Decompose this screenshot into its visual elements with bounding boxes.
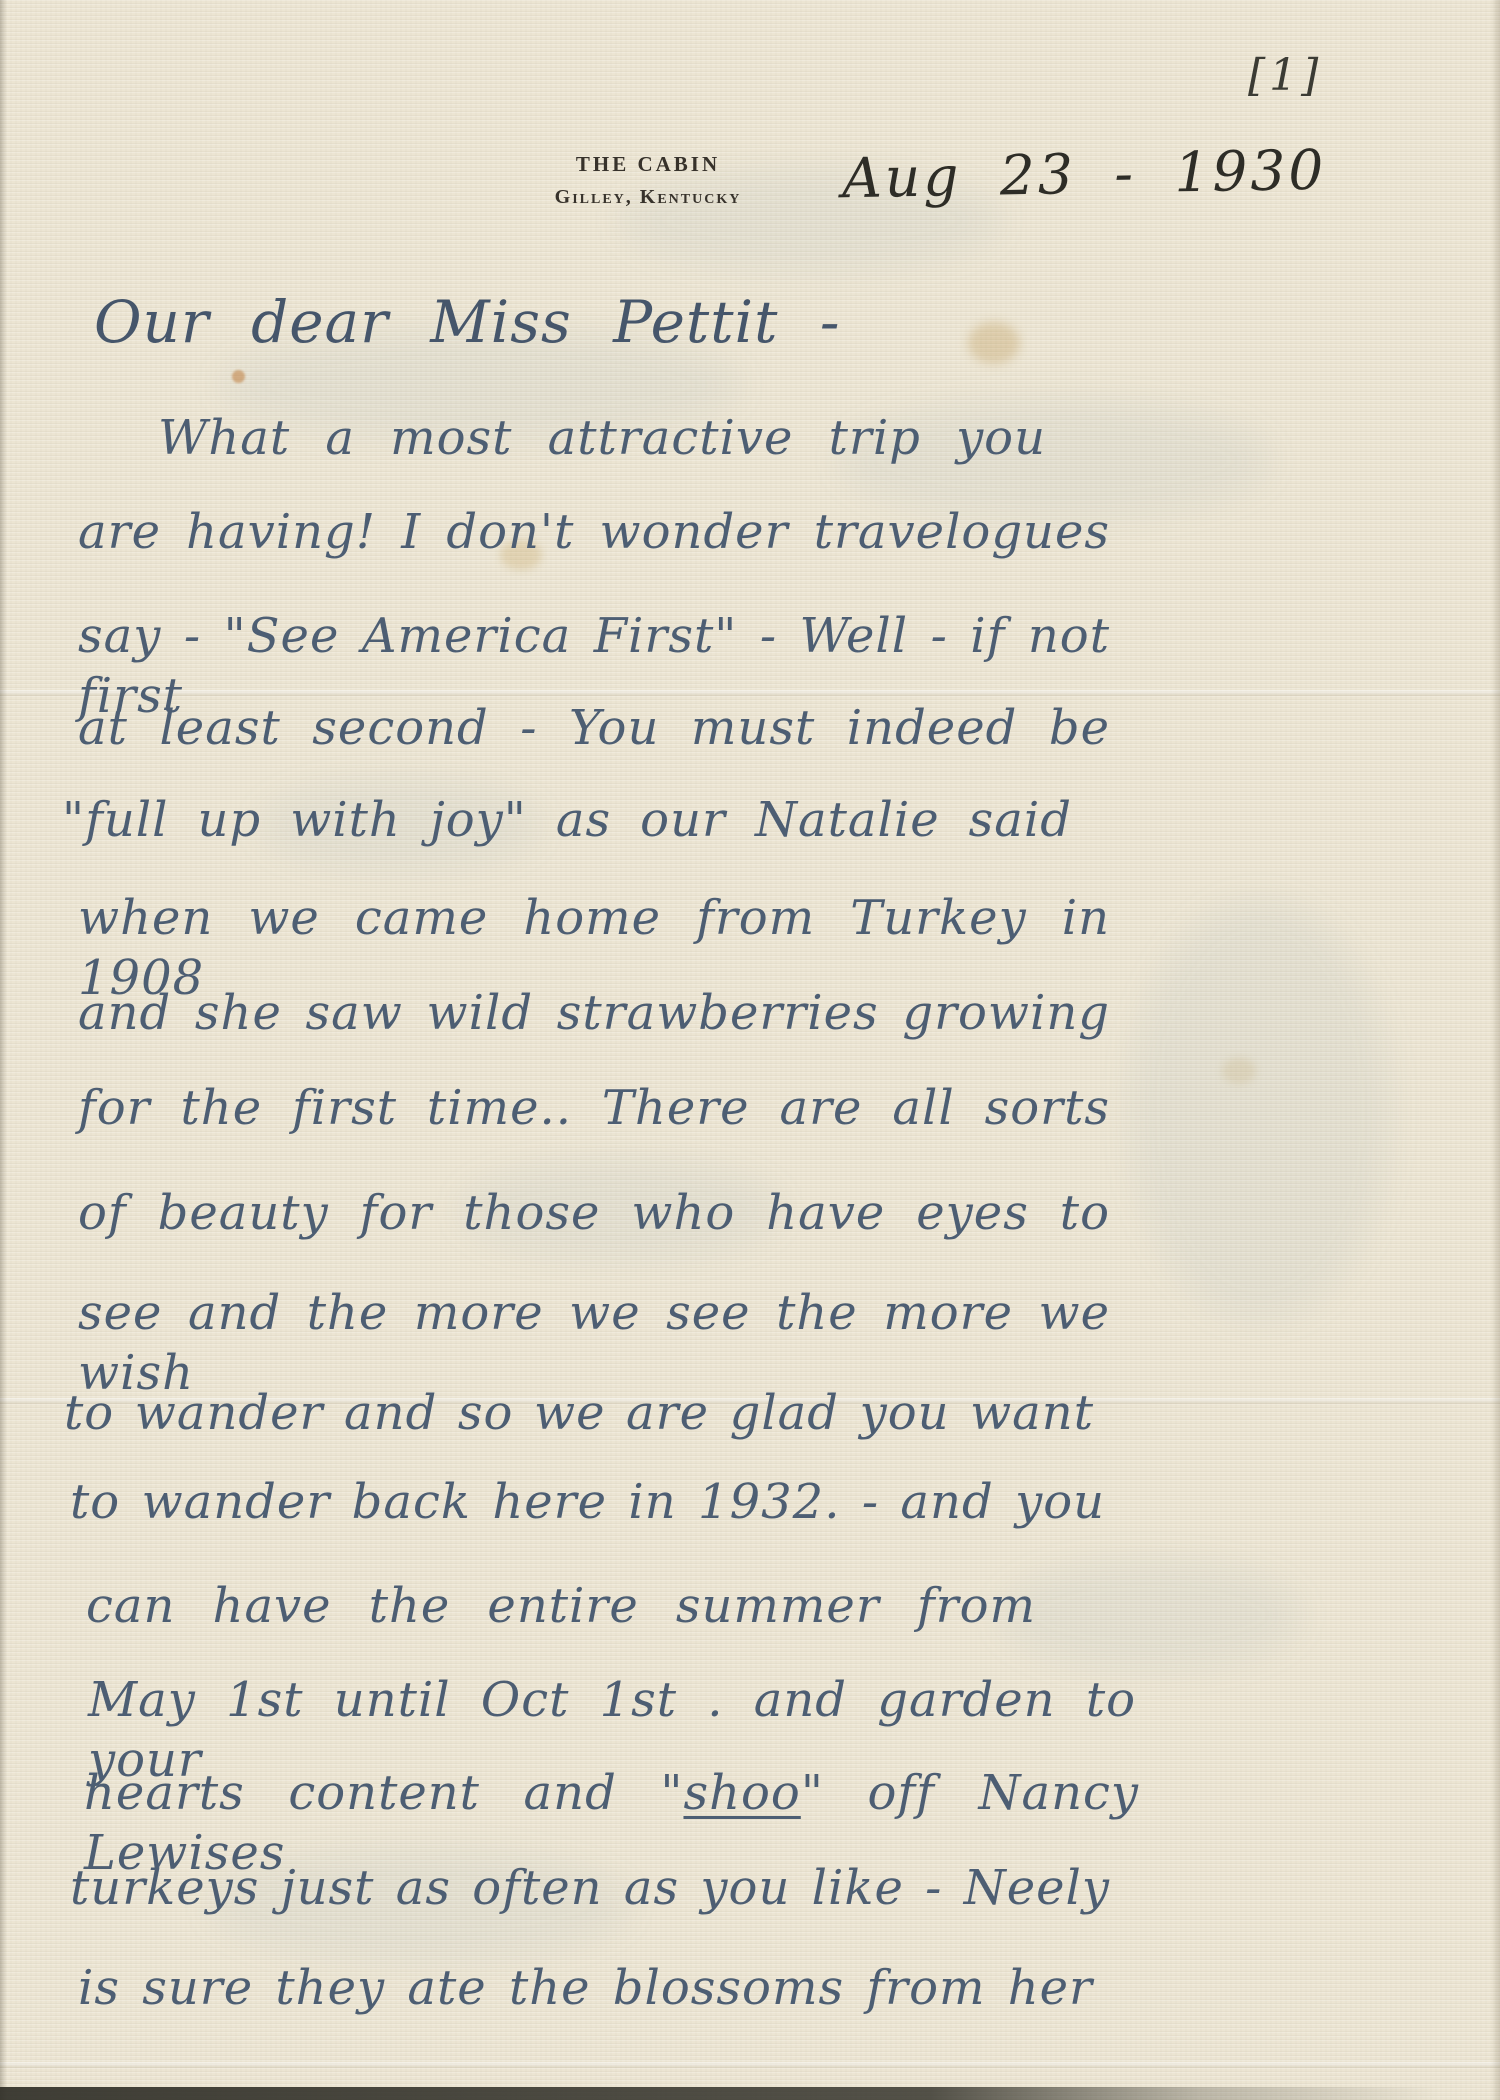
letterhead: THE CABIN Gilley, Kentucky	[448, 152, 848, 209]
fold-crease	[0, 2062, 1500, 2068]
letterhead-location: Gilley, Kentucky	[448, 186, 848, 209]
body-line-segment: hearts content and "	[84, 1765, 683, 1821]
show-through-mark	[1130, 900, 1390, 1320]
scan-edge-shadow	[0, 0, 7, 2100]
underlined-word: shoo	[683, 1765, 800, 1821]
handwritten-date: Aug 23 - 1930	[841, 138, 1326, 210]
scan-edge-shadow	[0, 2087, 1500, 2100]
letter-page: THE CABIN Gilley, Kentucky [1] Aug 23 - …	[0, 0, 1500, 2100]
letterhead-name: THE CABIN	[448, 152, 848, 177]
paper-stain	[232, 370, 245, 383]
body-line: and she saw wild strawberries growing	[78, 983, 1110, 1043]
body-line: turkeys just as often as you like - Neel…	[70, 1858, 1110, 1918]
body-line: is sure they ate the blossoms from her	[78, 1958, 1093, 2018]
body-line: to wander and so we are glad you want	[64, 1383, 1094, 1443]
body-line: What a most attractive trip you	[158, 408, 1046, 468]
scan-edge-shadow	[1491, 0, 1500, 2100]
paper-stain	[968, 322, 1020, 364]
paper-stain	[1222, 1058, 1256, 1084]
body-line: to wander back here in 1932. - and you	[70, 1472, 1105, 1532]
body-line: are having! I don't wonder travelogues	[78, 502, 1110, 562]
salutation: Our dear Miss Pettit -	[94, 288, 840, 356]
body-line: at least second - You must indeed be	[78, 698, 1110, 758]
body-line: for the first time.. There are all sorts	[78, 1078, 1110, 1138]
body-line: "full up with joy" as our Natalie said	[62, 790, 1072, 850]
body-line: of beauty for those who have eyes to	[78, 1183, 1110, 1243]
show-through-mark	[1000, 1560, 1300, 1670]
body-line: can have the entire summer from	[86, 1576, 1036, 1636]
page-number: [1]	[1248, 50, 1322, 101]
